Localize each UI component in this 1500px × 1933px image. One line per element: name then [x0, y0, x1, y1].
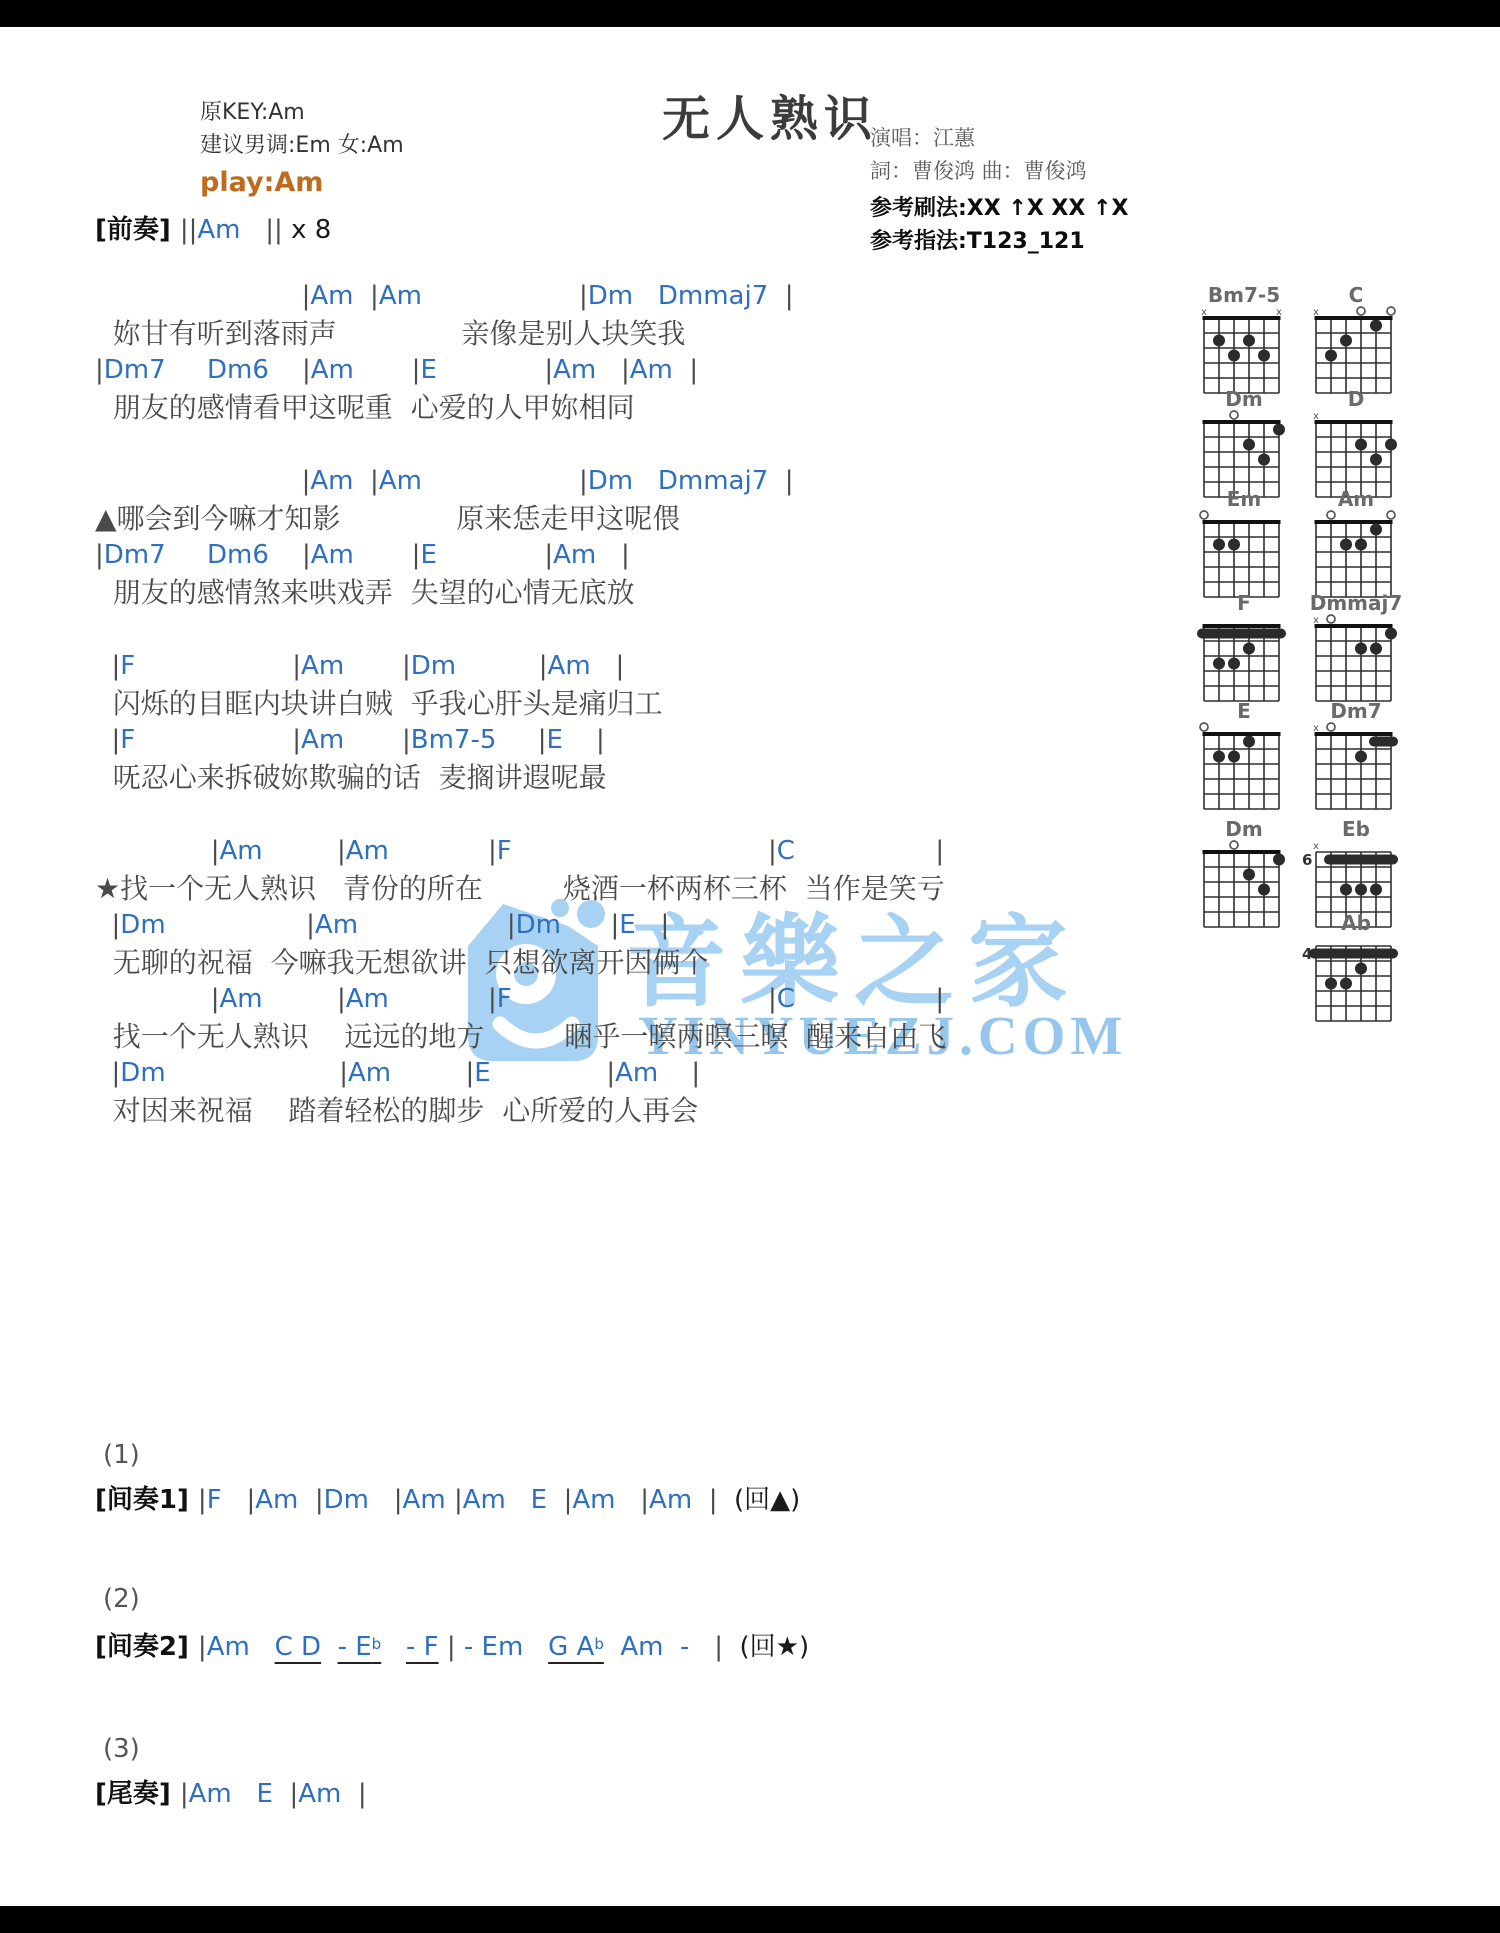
chord-name: Dm7 [1302, 700, 1410, 722]
chord-line: |Am |Am |F |C | [95, 981, 946, 1018]
svg-text:6: 6 [1302, 851, 1312, 869]
intro-line: [前奏] ||Am || x 8 [95, 212, 331, 249]
lyric-line: 妳甘有听到落雨声 亲像是别人块笑我 [95, 315, 794, 352]
svg-text:x: x [1201, 307, 1207, 318]
chord-line: |Dm |Am |E |Am | [95, 1055, 946, 1092]
strum-pattern: 参考刷法:XX ↑X XX ↑X [870, 192, 1128, 225]
chord-line: [间奏2] |Am C D - Eb - F | - Em G Ab Am - … [95, 1626, 809, 1663]
chord-line: |Am |Am |Dm Dmmaj7 | [95, 463, 794, 500]
lyric-line: ▲哪会到今嘛才知影 原来恁走甲这呢偎 [95, 500, 794, 537]
chord-name: E [1190, 700, 1298, 722]
block-number: (1) [95, 1438, 800, 1472]
svg-text:x: x [1313, 411, 1319, 422]
chord-line: |F |Am |Bm7-5 |E | [95, 722, 663, 759]
lyric-line: 对因来祝福 踏着轻松的脚步 心所爱的人再会 [95, 1092, 946, 1129]
block-number: (2) [95, 1582, 809, 1616]
chord-diagram-panel: Bm7-5xxCxDmDxEmAmFDmmaj7xEDm7xDmEb6xAb4 [1190, 280, 1420, 1340]
chord-line: [尾奏] |Am E |Am | [95, 1776, 367, 1813]
svg-text:x: x [1276, 307, 1282, 318]
chord-name: Eb [1302, 818, 1410, 840]
svg-text:x: x [1313, 723, 1319, 734]
play-key: play:Am [200, 166, 404, 199]
block-number: (3) [95, 1732, 367, 1766]
chord-name: Dm [1190, 388, 1298, 410]
chord-diagram-dmmaj7: Dmmaj7x [1302, 592, 1410, 710]
lyric-line: 找一个无人熟识 远远的地方 睏乎一暝两暝三暝 醒来自由飞 [95, 1018, 946, 1055]
top-black-bar [0, 0, 1500, 27]
chord-name: C [1302, 284, 1410, 306]
chord-name: Ab [1302, 912, 1410, 934]
fingering-pattern: 参考指法:T123_121 [870, 225, 1128, 258]
chord-name: Dmmaj7 [1302, 592, 1410, 614]
lyric-line: ★找一个无人熟识 青份的所在 烧酒一杯两杯三杯 当作是笑亏 [95, 870, 946, 907]
song-section: |Am |Am |Dm Dmmaj7 |▲哪会到今嘛才知影 原来恁走甲这呢偎|D… [95, 463, 794, 611]
song-section: |F |Am |Dm |Am | 闪烁的目眶内块讲白贼 乎我心肝头是痛归工 |F… [95, 648, 663, 796]
lyric-line: 无聊的祝福 今嘛我无想欲讲 只想欲离开因俩个 [95, 944, 946, 981]
svg-text:x: x [1313, 307, 1319, 318]
chord-name: Am [1302, 488, 1410, 510]
chord-diagram-em: Em [1190, 488, 1298, 606]
lyric-line: 闪烁的目眶内块讲白贼 乎我心肝头是痛归工 [95, 685, 663, 722]
chord-line: |Dm7 Dm6 |Am |E |Am | [95, 537, 794, 574]
song-section: |Am |Am |F |C |★找一个无人熟识 青份的所在 烧酒一杯两杯三杯 当… [95, 833, 946, 1129]
lyric-line: 呒忍心来拆破妳欺骗的话 麦搁讲遐呢最 [95, 759, 663, 796]
bottom-block: (3)[尾奏] |Am E |Am | [95, 1732, 367, 1813]
song-section: |Am |Am |Dm Dmmaj7 | 妳甘有听到落雨声 亲像是别人块笑我|D… [95, 278, 794, 426]
chord-line: |Dm7 Dm6 |Am |E |Am |Am | [95, 352, 794, 389]
chord-sheet-page: 原KEY:Am 建议男调:Em 女:Am play:Am 无人熟识 演唱：江蕙 … [0, 0, 1500, 1933]
chord-diagram-dm: Dm [1190, 818, 1298, 936]
bottom-black-bar [0, 1906, 1500, 1933]
chord-diagram-bm7-5: Bm7-5xx [1190, 284, 1298, 402]
reference-block: 参考刷法:XX ↑X XX ↑X 参考指法:T123_121 [870, 192, 1128, 258]
song-title: 无人熟识 [0, 80, 1500, 149]
composer-credits: 詞：曹俊鸿 曲：曹俊鸿 [870, 155, 1087, 188]
svg-text:x: x [1313, 841, 1319, 852]
lyric-line: 朋友的感情煞来哄戏弄 失望的心情无底放 [95, 574, 794, 611]
chord-line: [间奏1] |F |Am |Dm |Am |Am E |Am |Am | (回▲… [95, 1482, 800, 1519]
chord-diagram-dm7: Dm7x [1302, 700, 1410, 818]
chord-diagram-f: F [1190, 592, 1298, 710]
chord-diagram-am: Am [1302, 488, 1410, 606]
chord-line: |Am |Am |Dm Dmmaj7 | [95, 278, 794, 315]
bottom-block: (1)[间奏1] |F |Am |Dm |Am |Am E |Am |Am | … [95, 1438, 800, 1519]
bottom-block: (2)[间奏2] |Am C D - Eb - F | - Em G Ab Am… [95, 1582, 809, 1663]
chord-name: Dm [1190, 818, 1298, 840]
credits-block: 演唱：江蕙 詞：曹俊鸿 曲：曹俊鸿 [870, 122, 1087, 188]
svg-text:x: x [1313, 615, 1319, 626]
chord-line: |F |Am |Dm |Am | [95, 648, 663, 685]
chord-diagram-c: Cx [1302, 284, 1410, 402]
chord-diagram-e: E [1190, 700, 1298, 818]
chord-line: |Dm |Am |Dm |E | [95, 907, 946, 944]
chord-diagram-ab: Ab4 [1302, 912, 1410, 1030]
artist: 演唱：江蕙 [870, 122, 1087, 155]
chord-name: Bm7-5 [1190, 284, 1298, 306]
chord-name: Em [1190, 488, 1298, 510]
chord-name: D [1302, 388, 1410, 410]
lyric-line: 朋友的感情看甲这呢重 心爱的人甲妳相同 [95, 389, 794, 426]
chord-name: F [1190, 592, 1298, 614]
chord-line: |Am |Am |F |C | [95, 833, 946, 870]
